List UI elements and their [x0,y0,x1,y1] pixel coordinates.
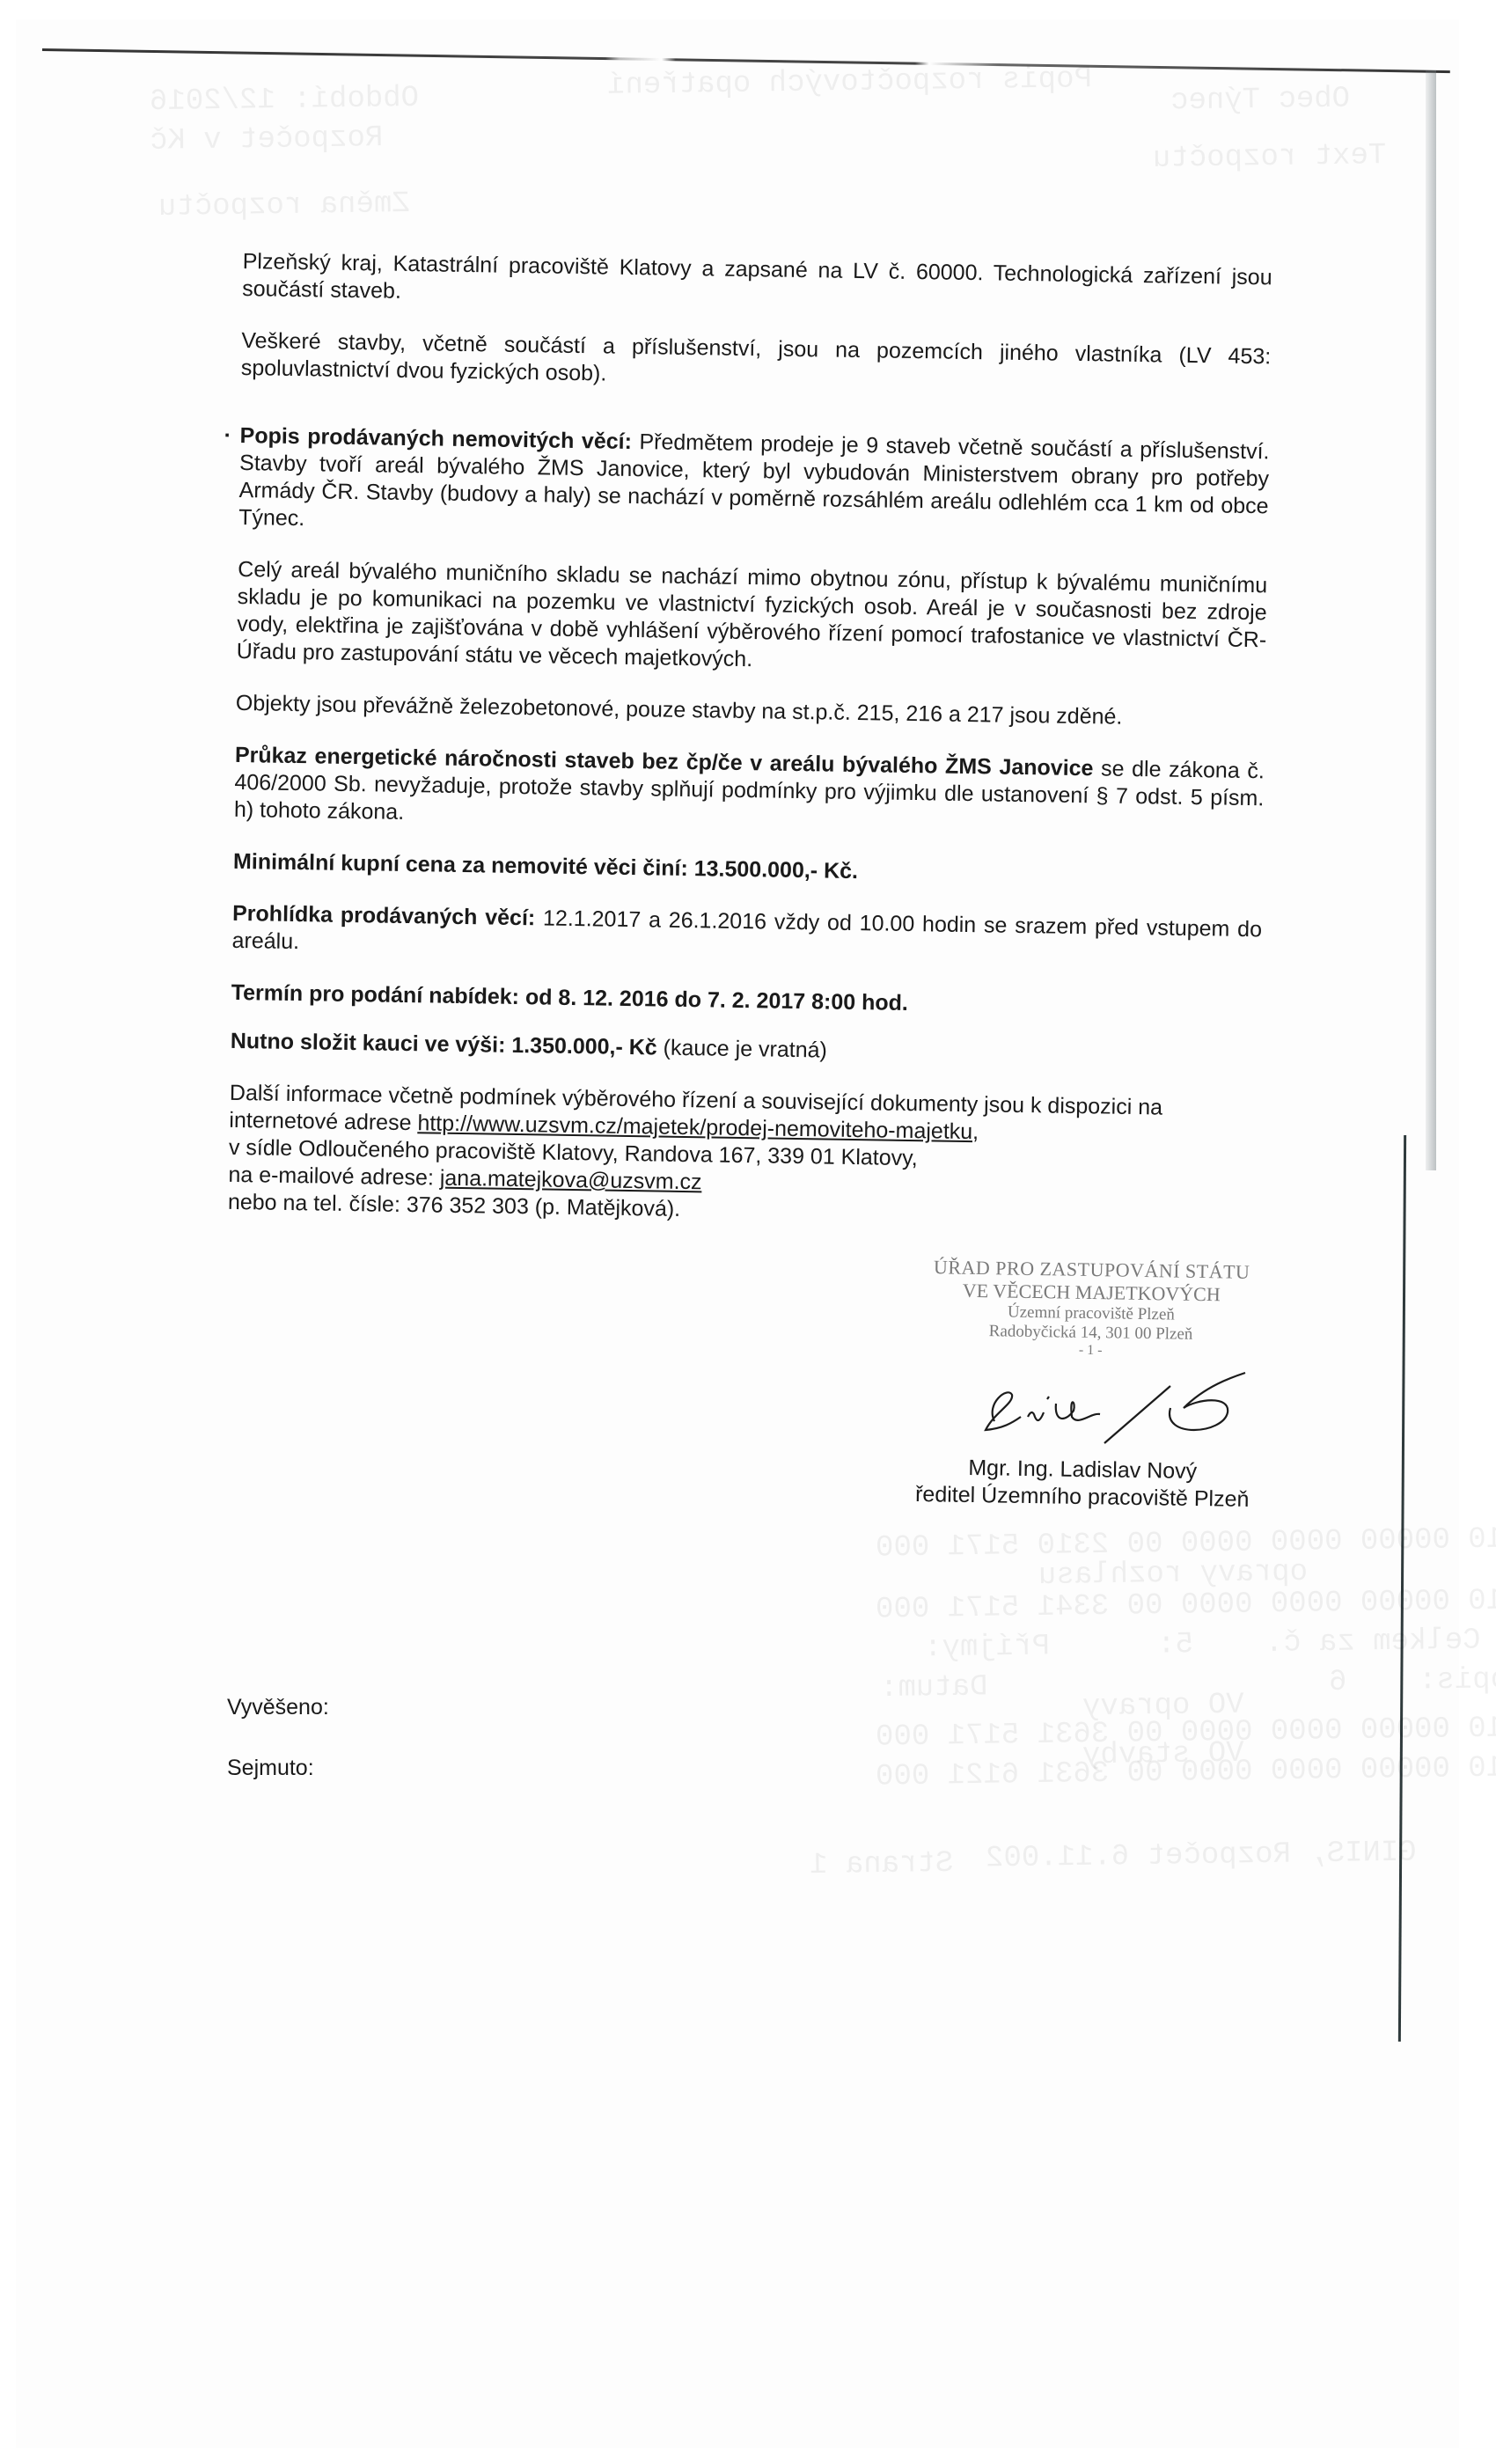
handwritten-signature [959,1368,1250,1448]
paragraph-viewing: Prohlídka prodávaných věcí: 12.1.2017 a … [231,900,1262,971]
office-stamp: ÚŘAD PRO ZASTUPOVÁNÍ STÁTU VE VĚCECH MAJ… [914,1256,1268,1361]
bullet-marker: · [224,422,231,450]
paragraph-minimum-price: Minimální kupní cena za nemovité věci či… [233,848,1263,891]
paragraph-construction: Objekty jsou převážně železobetonové, po… [236,690,1265,733]
paragraph-energy-certificate: Průkaz energetické náročnosti staveb bez… [234,742,1265,840]
paragraph-site-access: Celý areál bývalého muničního skladu se … [237,556,1268,681]
deposit-note: (kauce je vratná) [657,1036,828,1063]
posted-label: Vyvěšeno: [227,1694,329,1721]
posting-record: Vyvěšeno: Sejmuto: [227,1694,329,1815]
page-edge-shadow [1426,70,1436,1170]
paragraph-property-description: · Popis prodávaných nemovitých věcí: Pře… [238,422,1270,547]
paragraph-contact-info: Další informace včetně podmínek výběrové… [228,1080,1259,1232]
viewing-label: Prohlídka prodávaných věcí: [232,901,536,930]
link-suffix: , [972,1119,979,1144]
deposit-label: Nutno složit kauci ve výši: 1.350.000,- … [231,1029,657,1060]
email-link[interactable]: jana.matejkova@uzsvm.cz [440,1166,702,1195]
minimum-price-value: 13.500.000,- Kč. [688,856,859,884]
paragraph-deposit: Nutno složit kauci ve výši: 1.350.000,- … [231,1028,1260,1071]
removed-label: Sejmuto: [227,1755,329,1782]
paragraph-bid-deadline: Termín pro podání nabídek: od 8. 12. 201… [231,979,1260,1023]
email-prefix: na e-mailové adrese: [228,1162,440,1191]
paragraph-ownership: Veškeré stavby, včetně součástí a příslu… [241,327,1272,398]
property-description-label: Popis prodávaných nemovitých věcí: [239,423,632,454]
signatory-block: Mgr. Ing. Ladislav Nový ředitel Územního… [876,1453,1290,1514]
document-body: Plzeňský kraj, Katastrální pracoviště Kl… [227,248,1272,1257]
minimum-price-label: Minimální kupní cena za nemovité věci či… [233,849,688,881]
